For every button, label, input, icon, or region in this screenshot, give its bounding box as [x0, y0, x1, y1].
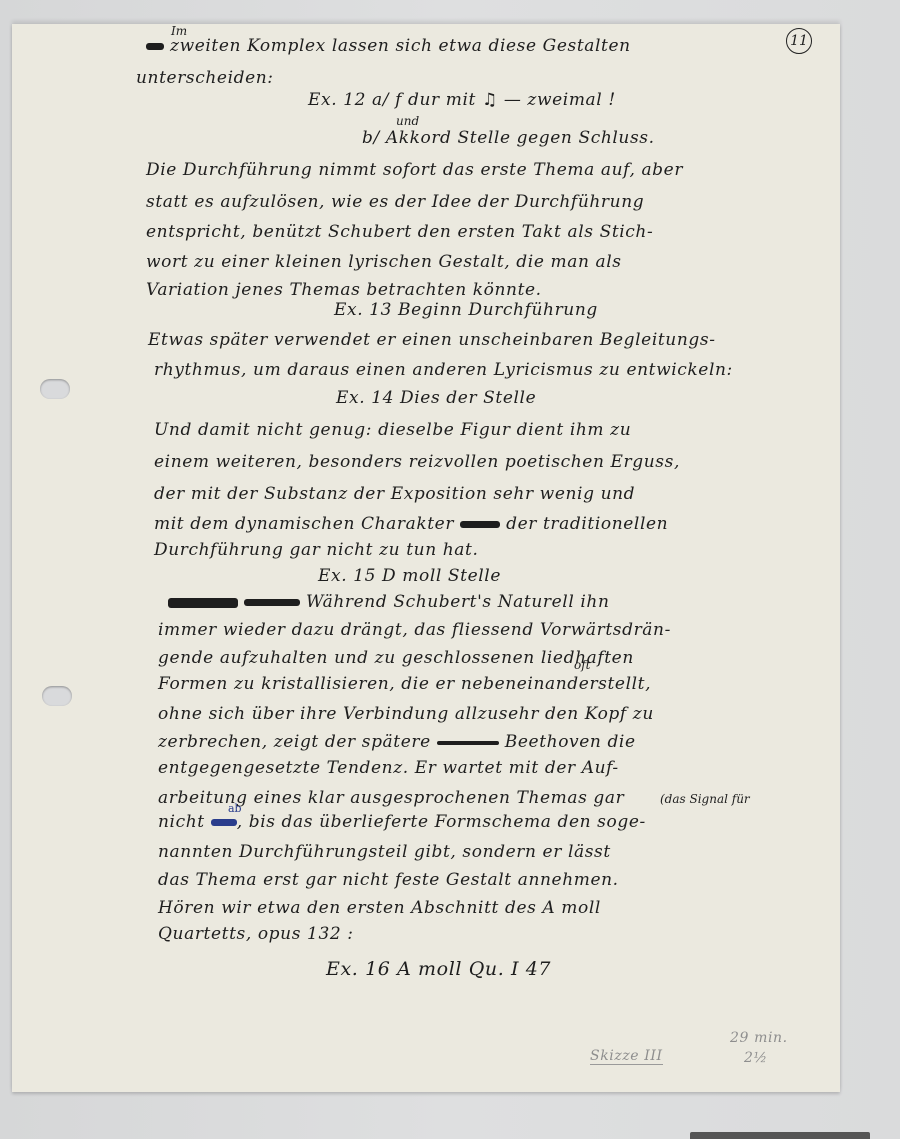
text-line-30: das Thema erst gar nicht feste Gestalt a…: [158, 870, 619, 890]
line-text-after: der traditionellen: [506, 514, 668, 534]
punch-hole-bottom: [42, 686, 72, 706]
insertion-und: und: [396, 114, 419, 128]
pencil-note-duration: 29 min.: [730, 1030, 788, 1046]
line-text: nicht: [158, 812, 205, 832]
text-line-17: mit dem dynamischen Charakter der tradit…: [154, 514, 668, 534]
pencil-note-fraction: 2½: [744, 1050, 768, 1066]
text-line-14: Und damit nicht genug: dieselbe Figur di…: [154, 420, 631, 440]
example-14-line: Ex. 14 Dies der Stelle: [336, 388, 536, 408]
page-number-circle: 11: [786, 28, 812, 54]
text-line-11: Etwas später verwendet er einen unschein…: [148, 330, 716, 350]
line-text: zerbrechen, zeigt der spätere: [158, 732, 431, 752]
text-line-25: zerbrechen, zeigt der spätere Beethoven …: [158, 732, 636, 752]
line-text-after: Beethoven die: [505, 732, 636, 752]
insertion-das-signal: (das Signal für: [660, 792, 750, 806]
example-16-line: Ex. 16 A moll Qu. I 47: [326, 958, 551, 980]
text-line-32: Quartetts, opus 132 :: [158, 924, 354, 944]
text-line-16: der mit der Substanz der Exposition sehr…: [154, 484, 635, 504]
struck-phrase: [244, 599, 300, 606]
text-line-15: einem weiteren, besonders reizvollen poe…: [154, 452, 680, 472]
struck-word: [146, 43, 164, 50]
struck-word-blue: [211, 819, 237, 826]
scanner-tab: [690, 1132, 870, 1139]
zweimal-annotation: — zweimal !: [504, 90, 616, 110]
text-line-21: immer wieder dazu drängt, das fliessend …: [158, 620, 671, 640]
skizze-label: Skizze III: [590, 1048, 663, 1065]
punch-hole-top: [40, 379, 70, 399]
line-text: Während Schubert's Naturell ihn: [306, 592, 609, 612]
pencil-note-skizze: Skizze III: [590, 1048, 663, 1064]
rhythm-symbol: ♫: [482, 90, 498, 110]
text-line-2: unterscheiden:: [136, 68, 274, 88]
text-line-1: zweiten Komplex lassen sich etwa diese G…: [146, 36, 631, 56]
line-text: zweiten Komplex lassen sich etwa diese G…: [170, 36, 631, 56]
example-15-line: Ex. 15 D moll Stelle: [318, 566, 501, 586]
text-line-22: gende aufzuhalten und zu geschlossenen l…: [158, 648, 634, 668]
struck-phrase: [168, 598, 238, 608]
struck-word: [460, 521, 500, 528]
struck-word: [437, 741, 499, 745]
text-line-6: statt es aufzulösen, wie es der Idee der…: [146, 192, 644, 212]
text-line-18: Durchführung gar nicht zu tun hat.: [154, 540, 478, 560]
text-line-23: Formen zu kristallisieren, die er nebene…: [158, 674, 651, 694]
example-12-line: Ex. 12 a/ f dur mit ♫ — zweimal !: [308, 90, 616, 110]
text-line-9: Variation jenes Themas betrachten könnte…: [146, 280, 542, 300]
line-text: mit dem dynamischen Charakter: [154, 514, 454, 534]
text-line-28: nicht , bis das überlieferte Formschema …: [158, 812, 646, 832]
example-12b-line: b/ Akkord Stelle gegen Schluss.: [362, 128, 655, 148]
line-text-after: , bis das überlieferte Formschema den so…: [237, 812, 646, 832]
text-line-7: entspricht, benützt Schubert den ersten …: [146, 222, 653, 242]
text-line-8: wort zu einer kleinen lyrischen Gestalt,…: [146, 252, 622, 272]
example-13-line: Ex. 13 Beginn Durchführung: [334, 300, 598, 320]
insertion-oft: oft: [574, 658, 591, 672]
text-line-29: nannten Durchführungsteil gibt, sondern …: [158, 842, 611, 862]
text-line-24: ohne sich über ihre Verbindung allzusehr…: [158, 704, 654, 724]
example-label: Ex. 12 a/ f dur mit: [308, 90, 476, 110]
text-line-5: Die Durchführung nimmt sofort das erste …: [146, 160, 683, 180]
text-line-12: rhythmus, um daraus einen anderen Lyrici…: [154, 360, 733, 380]
text-line-26: entgegengesetzte Tendenz. Er wartet mit …: [158, 758, 619, 778]
text-line-31: Hören wir etwa den ersten Abschnitt des …: [158, 898, 601, 918]
text-line-20: Während Schubert's Naturell ihn: [168, 592, 610, 612]
